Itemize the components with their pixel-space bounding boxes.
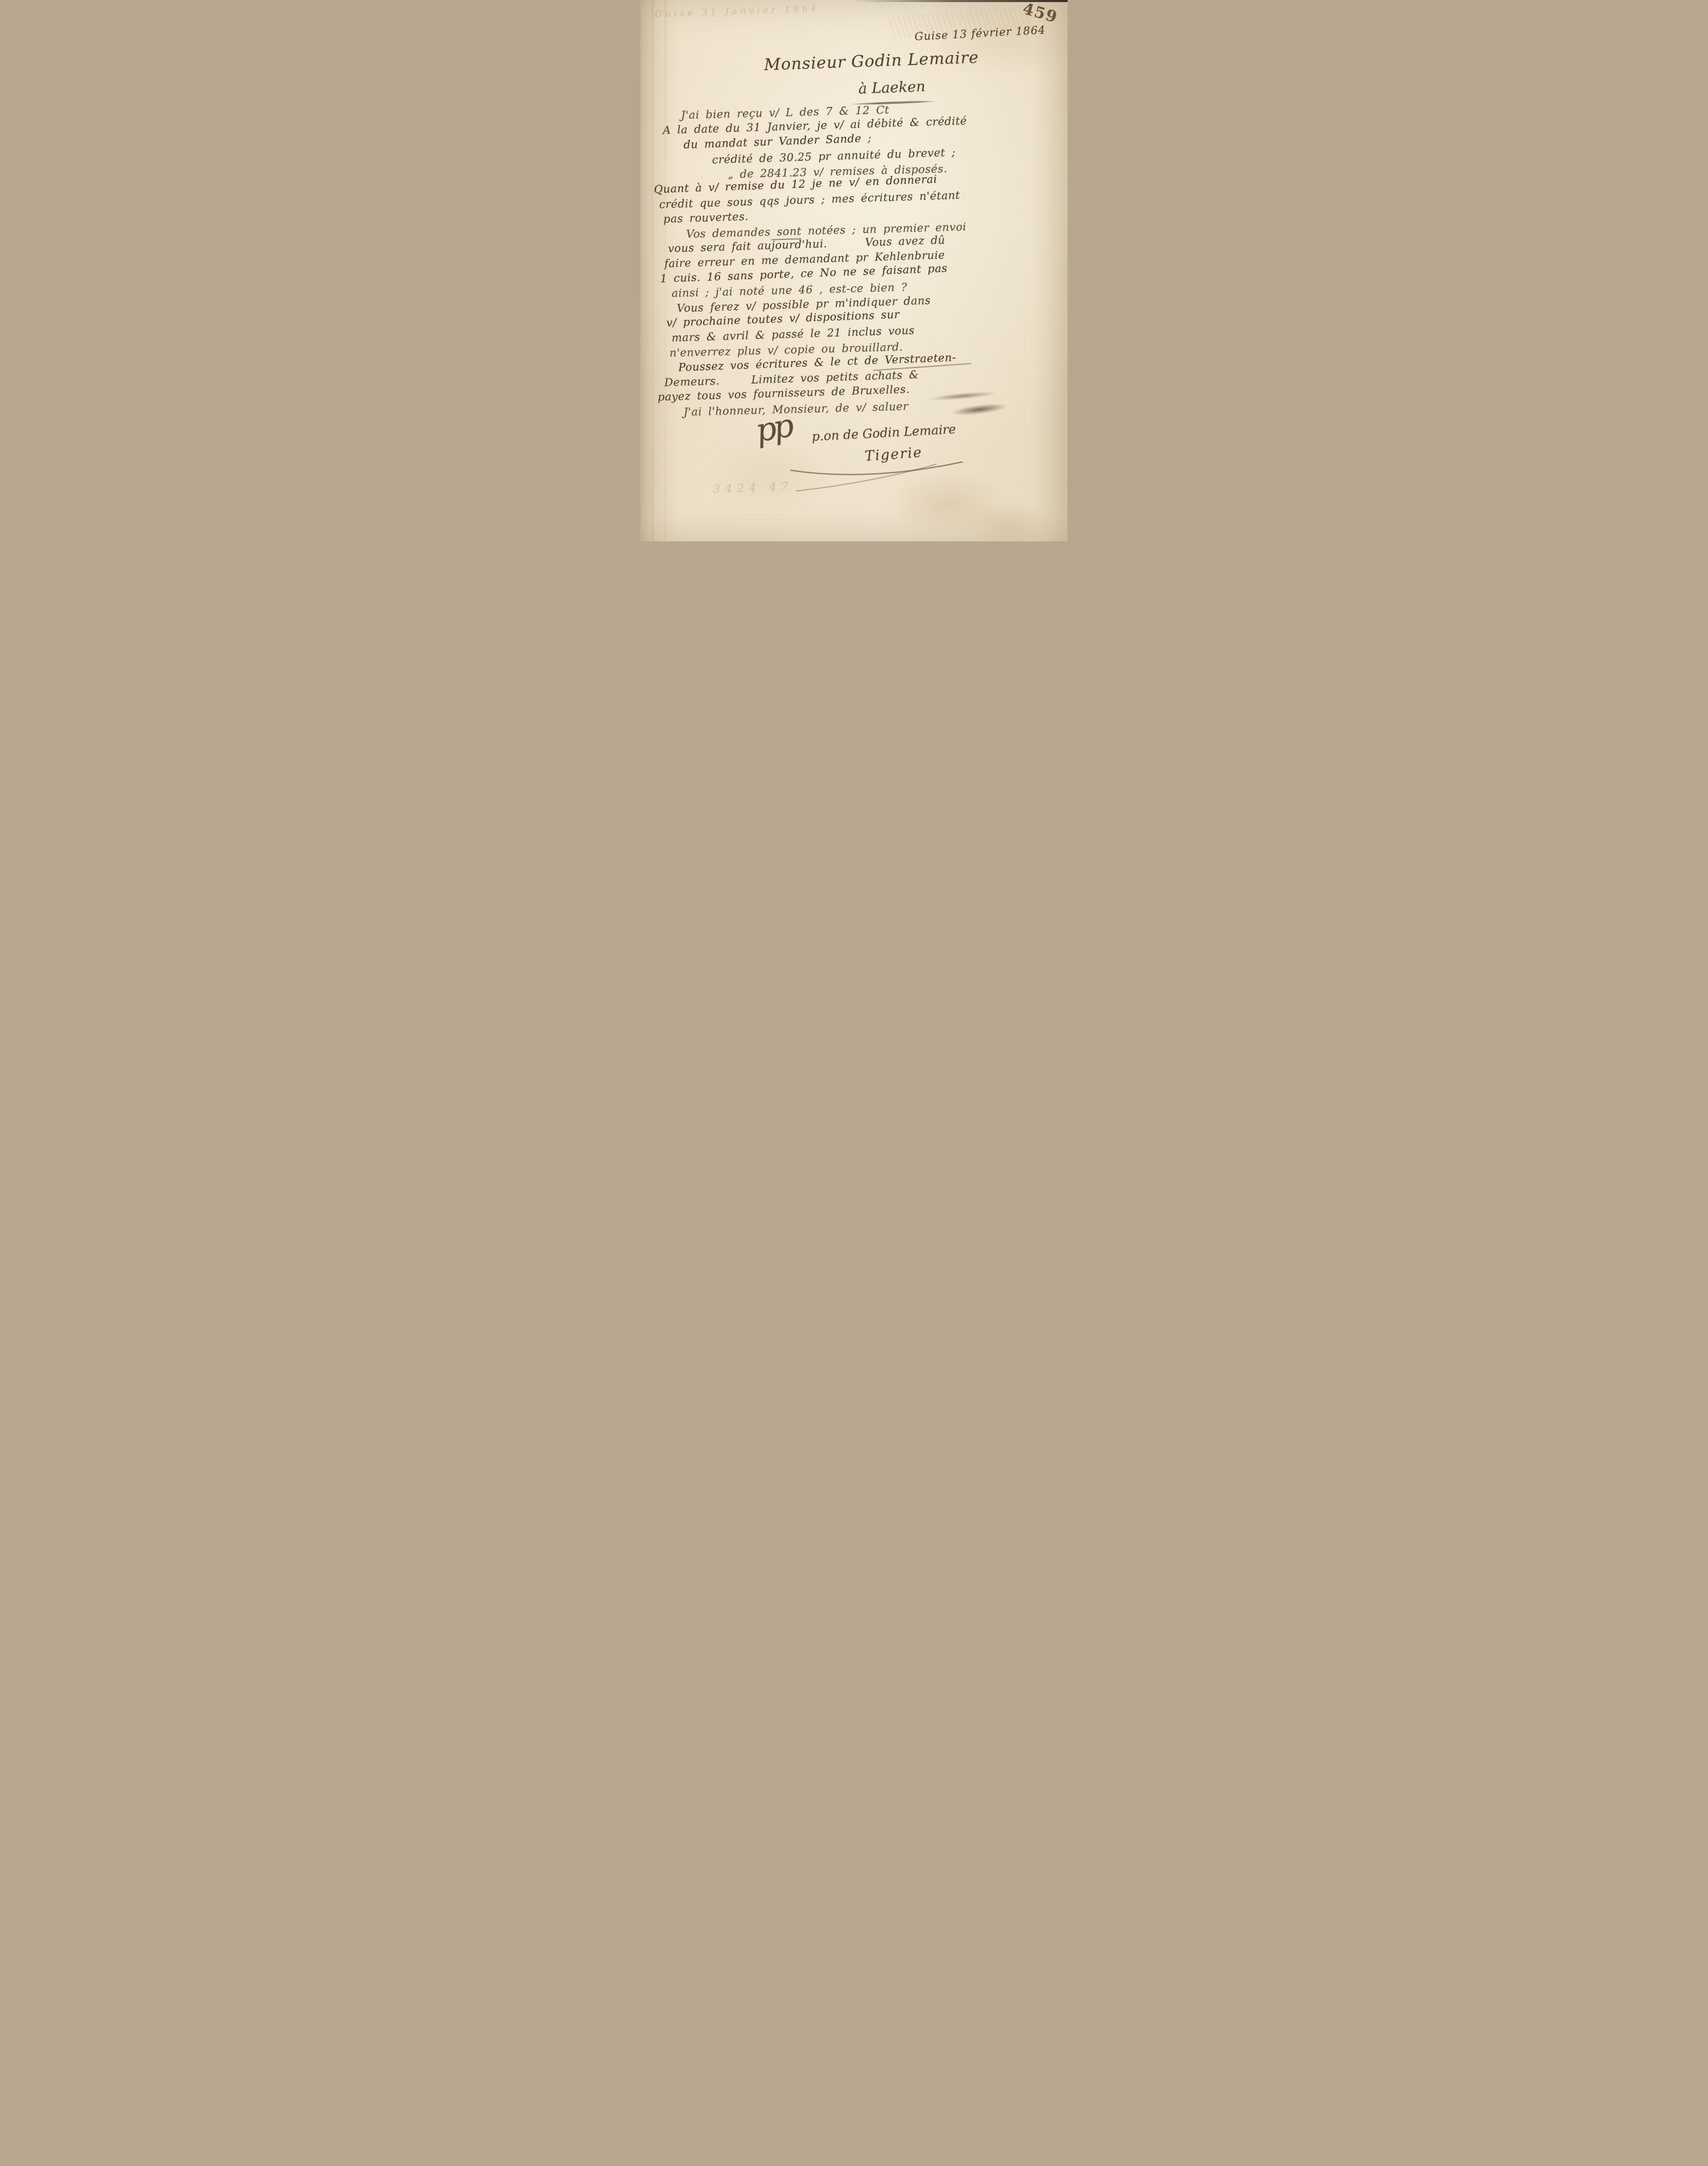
signature-line: p.on de Godin Lemaire [811,422,956,444]
recipient-name: Monsieur Godin Lemaire [763,48,979,74]
pp-flourish: pp [753,406,794,450]
signature-flourish [781,461,967,494]
ghost-pencil-note: Guise 31 Janvier 1864 [655,3,819,19]
recipient-place: à Laeken [858,78,925,97]
letter-page: 459 Guise 31 Janvier 1864 Guise 13 févri… [640,0,1068,541]
scan-top-edge [640,0,1068,2]
letter-body: J'ai bien reçu v/ L des 7 & 12 Ct A la d… [650,108,1061,419]
